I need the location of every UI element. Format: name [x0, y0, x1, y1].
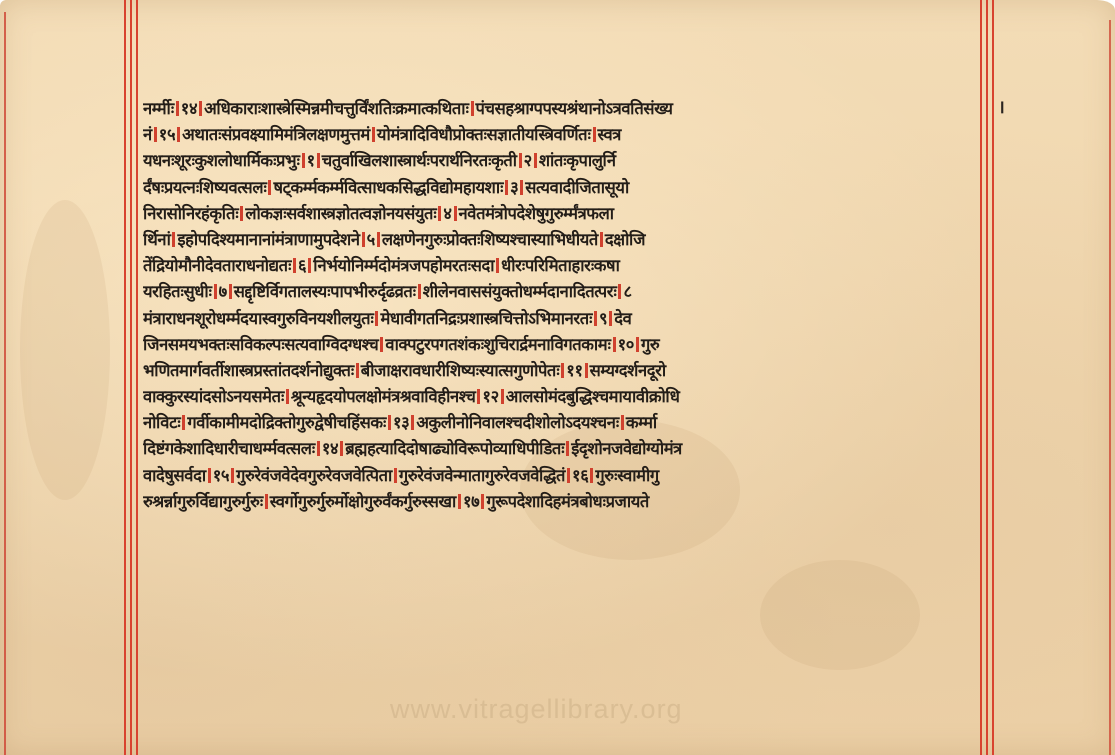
text-line: भणितमार्गवर्तीशास्त्रप्रस्तांतदर्शनोद्यु… [143, 358, 975, 384]
red-danda-mark [229, 284, 232, 299]
red-danda-mark [566, 441, 569, 456]
red-danda-mark [240, 206, 243, 221]
text-line: नं१५अथातःसंप्रवक्ष्यामिमंत्रिलक्षणमुत्तम… [143, 122, 975, 148]
red-danda-mark [613, 337, 616, 352]
red-danda-mark [496, 258, 499, 273]
text-segment: मंत्राराधनशूरोधर्म्मदयास्वगुरुविनयशीलयुत… [143, 309, 373, 328]
paper-stain [760, 560, 920, 670]
verse-number: १३ [393, 413, 409, 432]
red-danda-mark [340, 441, 343, 456]
text-segment: देव [614, 309, 631, 328]
red-danda-mark [618, 284, 621, 299]
verse-number: १४ [322, 439, 338, 458]
text-segment: रुश्रर्न्नागुरुर्विद्यागुरुर्गुरुः [143, 492, 263, 511]
text-segment: इहोपदिश्यमानानांमंत्राणामुपदेशने [177, 230, 359, 249]
verse-number: १४ [181, 99, 197, 118]
verse-number: १० [618, 335, 634, 354]
text-segment: वाक्कुरस्यांदसोऽनयसमेतः [143, 387, 284, 406]
red-danda-mark [375, 311, 378, 326]
text-segment: सम्यग्दर्शनदूरो [590, 361, 666, 380]
text-line: र्थिनांइहोपदिश्यमानानांमंत्राणामुपदेशने५… [143, 227, 975, 253]
verse-number: ३ [510, 178, 518, 197]
verse-number: ६ [298, 256, 306, 275]
text-segment: योमंत्रादिविधौप्रोक्तःसज्ञातीयस्त्रिवर्ण… [377, 125, 591, 144]
text-segment: लोकज्ञःसर्वशास्त्रज्ञोतत्वज्ञोनयसंयुतः [245, 204, 436, 223]
red-danda-mark [293, 258, 296, 273]
text-line: र्दंषःप्रयत्नःशिष्यवत्सलःषट्कर्म्मकर्म्म… [143, 175, 975, 201]
red-danda-mark [411, 415, 414, 430]
verse-number: ८ [623, 282, 631, 301]
red-danda-mark [362, 232, 365, 247]
verse-number: २ [524, 151, 532, 170]
red-danda-mark [481, 494, 484, 509]
text-segment: जिनसमयभक्तःसविकल्पःसत्यवाग्विदग्धश्च [143, 335, 378, 354]
text-segment: यरहितःसुधीः [143, 282, 212, 301]
text-segment: गुरुरेवंजवेन्मातागुरुरेवजवेद्धितं [399, 466, 565, 485]
red-danda-mark [372, 127, 375, 142]
text-line: यधनःशूरःकुशलोधार्मिकःप्रभुः१चतुर्वाखिलशा… [143, 148, 975, 174]
red-danda-mark [268, 180, 271, 195]
red-danda-mark [317, 153, 320, 168]
text-segment: स्वत्र [598, 125, 622, 144]
red-danda-mark [458, 494, 461, 509]
text-segment: सत्यवादीजितासूयो [525, 178, 629, 197]
text-line: दिष्टंगकेशादिधारीचाधर्म्मवत्सलः१४ब्रह्मह… [143, 436, 975, 462]
red-danda-mark [505, 180, 508, 195]
text-segment: पंचसहश्राग्पपस्यश्रंथानोऽत्रवतिसंख्य [476, 99, 673, 118]
red-danda-mark [182, 415, 185, 430]
red-danda-mark [172, 232, 175, 247]
text-line: मंत्राराधनशूरोधर्म्मदयास्वगुरुविनयशीलयुत… [143, 306, 975, 332]
red-danda-mark [519, 153, 522, 168]
text-segment: बीजाक्षरावधारीशिष्यःस्यात्सगुणोपेतः [361, 361, 559, 380]
text-segment: स्वर्गोगुरुर्गुरुर्मोक्षोगुरुर्वंकर्गुरु… [270, 492, 456, 511]
text-line: नर्म्मीः१४अधिकाराःशास्त्रेस्मिन्नमीचत्तु… [143, 96, 975, 122]
text-segment: गुरुःस्वामीगु [595, 466, 658, 485]
text-segment: गर्वीकामीमदोद्रिक्तोगुरुद्वेषीचहिंसकः [187, 413, 386, 432]
text-line: वादेषुसर्वदा१५गुरुरेवंजवेदेवगुरुरेवजवेत्… [143, 463, 975, 489]
text-segment: नवेतमंत्रोपदेशेषुगुरुर्म्मंत्रफला [459, 204, 614, 223]
text-line: वाक्कुरस्यांदसोऽनयसमेतःश्रून्यहृदयोपलक्ष… [143, 384, 975, 410]
folio-marker: । [998, 95, 1005, 119]
left-margin-rules [124, 0, 140, 755]
verse-number: १५ [159, 125, 175, 144]
text-segment: चतुर्वाखिलशास्त्रार्थःपरार्थनिरतःकृती [322, 151, 517, 170]
text-segment: गुरुरेवंजवेदेवगुरुरेवजवेत्पिता [236, 466, 392, 485]
verse-number: १७ [463, 492, 479, 511]
text-line: नोविटःगर्वीकामीमदोद्रिक्तोगुरुद्वेषीचहिं… [143, 410, 975, 436]
text-segment: दिष्टंगकेशादिधारीचाधर्म्मवत्सलः [143, 439, 315, 458]
text-segment: ईदृशोनजवेद्योग्योमंत्र [571, 439, 682, 458]
text-segment: र्थिनां [143, 230, 170, 249]
red-danda-mark [594, 311, 597, 326]
text-segment: तेंद्रियोमौनीदेवताराधनोद्यतः [143, 256, 291, 275]
text-segment: अधिकाराःशास्त्रेस्मिन्नमीचत्तुर्विंशतिःक… [204, 99, 468, 118]
verse-number: १ [307, 151, 315, 170]
verse-number: १६ [572, 466, 588, 485]
text-segment: वादेषुसर्वदा [143, 466, 206, 485]
text-segment: नर्म्मीः [143, 99, 174, 118]
red-danda-mark [380, 337, 383, 352]
verse-number: ५ [367, 230, 375, 249]
text-segment: मेधावीगतनिद्रःप्रशास्त्रचित्तोऽभिमानरतः [380, 309, 592, 328]
text-segment: गुरूपदेशादिहमंत्रबोधःप्रजायते [486, 492, 649, 511]
red-danda-mark [176, 101, 179, 116]
text-segment: वाक्पटुरपगतशंकःशुचिरार्द्रमनाविगतकामः [385, 335, 610, 354]
text-segment: लक्षणेनगुरुःप्रोक्तःशिष्यश्चास्याभिधीयते [382, 230, 598, 249]
verse-number: ४ [443, 204, 451, 223]
red-danda-mark [593, 127, 596, 142]
verse-number: ११ [566, 361, 582, 380]
text-segment: गुरु [641, 335, 659, 354]
text-segment: यधनःशूरःकुशलोधार्मिकःप्रभुः [143, 151, 300, 170]
red-danda-mark [534, 153, 537, 168]
red-danda-mark [317, 441, 320, 456]
red-danda-mark [356, 363, 359, 378]
manuscript-text-block: नर्म्मीः१४अधिकाराःशास्त्रेस्मिन्नमीचत्तु… [143, 96, 975, 515]
red-danda-mark [308, 258, 311, 273]
text-segment: आलसोमंदबुद्धिश्चमायावीक्रोधि [506, 387, 680, 406]
text-segment: नं [143, 125, 152, 144]
red-danda-mark [154, 127, 157, 142]
text-segment: नोविटः [143, 413, 180, 432]
red-danda-mark [214, 284, 217, 299]
red-danda-mark [394, 468, 397, 483]
watermark: www.vitragellibrary.org [390, 694, 683, 725]
red-danda-mark [454, 206, 457, 221]
text-line: तेंद्रियोमौनीदेवताराधनोद्यतः६निर्भयोनिर्… [143, 253, 975, 279]
text-segment: सद्दृष्टिर्विगतालस्यःपापभीरुर्दृढव्रतः [234, 282, 416, 301]
red-danda-mark [567, 468, 570, 483]
text-segment: निरासोनिरहंकृतिः [143, 204, 238, 223]
text-line: जिनसमयभक्तःसविकल्पःसत्यवाग्विदग्धश्चवाक्… [143, 332, 975, 358]
paper-stain [20, 200, 110, 500]
red-danda-mark [199, 101, 202, 116]
red-danda-mark [438, 206, 441, 221]
outer-left-border-line [4, 12, 6, 755]
text-line: निरासोनिरहंकृतिःलोकज्ञःसर्वशास्त्रज्ञोतत… [143, 201, 975, 227]
text-segment: भणितमार्गवर्तीशास्त्रप्रस्तांतदर्शनोद्यु… [143, 361, 354, 380]
text-segment: शांतःकृपालुर्नि [539, 151, 616, 170]
red-danda-mark [388, 415, 391, 430]
text-segment: शीलेनवाससंयुक्तोधर्म्मदानादितत्परः [423, 282, 617, 301]
text-segment: र्दंषःप्रयत्नःशिष्यवत्सलः [143, 178, 266, 197]
red-danda-mark [177, 127, 180, 142]
red-danda-mark [208, 468, 211, 483]
outer-right-border-line [1109, 20, 1111, 755]
red-danda-mark [286, 389, 289, 404]
manuscript-folio: । नर्म्मीः१४अधिकाराःशास्त्रेस्मिन्नमीचत्… [0, 0, 1115, 755]
red-danda-mark [600, 232, 603, 247]
red-danda-mark [471, 101, 474, 116]
text-segment: श्रून्यहृदयोपलक्षोमंत्रश्रवाविहीनश्च [291, 387, 476, 406]
text-segment: अकुलीनोनिवालश्चदीशोलोऽदयश्चनः [416, 413, 619, 432]
red-danda-mark [585, 363, 588, 378]
red-danda-mark [377, 232, 380, 247]
text-segment: दक्षोजि [605, 230, 645, 249]
red-danda-mark [636, 337, 639, 352]
red-danda-mark [418, 284, 421, 299]
text-line: रुश्रर्न्नागुरुर्विद्यागुरुर्गुरुःस्वर्ग… [143, 489, 975, 515]
text-segment: धीरःपरिमिताहारःकषा [501, 256, 619, 275]
verse-number: १५ [213, 466, 229, 485]
text-segment: निर्भयोनिर्म्मदोमंत्रजपहोमरतःसदा [313, 256, 494, 275]
text-segment: ब्रह्महत्यादिदोषाढ्योविरूपोव्याधिपीडितः [345, 439, 564, 458]
red-danda-mark [265, 494, 268, 509]
text-segment: कर्म्मा [626, 413, 657, 432]
red-danda-mark [609, 311, 612, 326]
red-danda-mark [520, 180, 523, 195]
verse-number: ९ [599, 309, 607, 328]
text-segment: अथातःसंप्रवक्ष्यामिमंत्रिलक्षणमुत्तमं [182, 125, 370, 144]
text-line: यरहितःसुधीः७सद्दृष्टिर्विगतालस्यःपापभीरु… [143, 279, 975, 305]
red-danda-mark [590, 468, 593, 483]
text-segment: षट्कर्म्मकर्म्मवित्साधकसिद्धविद्योमहायशा… [273, 178, 503, 197]
red-danda-mark [501, 389, 504, 404]
red-danda-mark [561, 363, 564, 378]
red-danda-mark [477, 389, 480, 404]
verse-number: १२ [482, 387, 498, 406]
red-danda-mark [231, 468, 234, 483]
right-margin-rules [980, 0, 996, 755]
verse-number: ७ [219, 282, 227, 301]
red-danda-mark [302, 153, 305, 168]
red-danda-mark [621, 415, 624, 430]
